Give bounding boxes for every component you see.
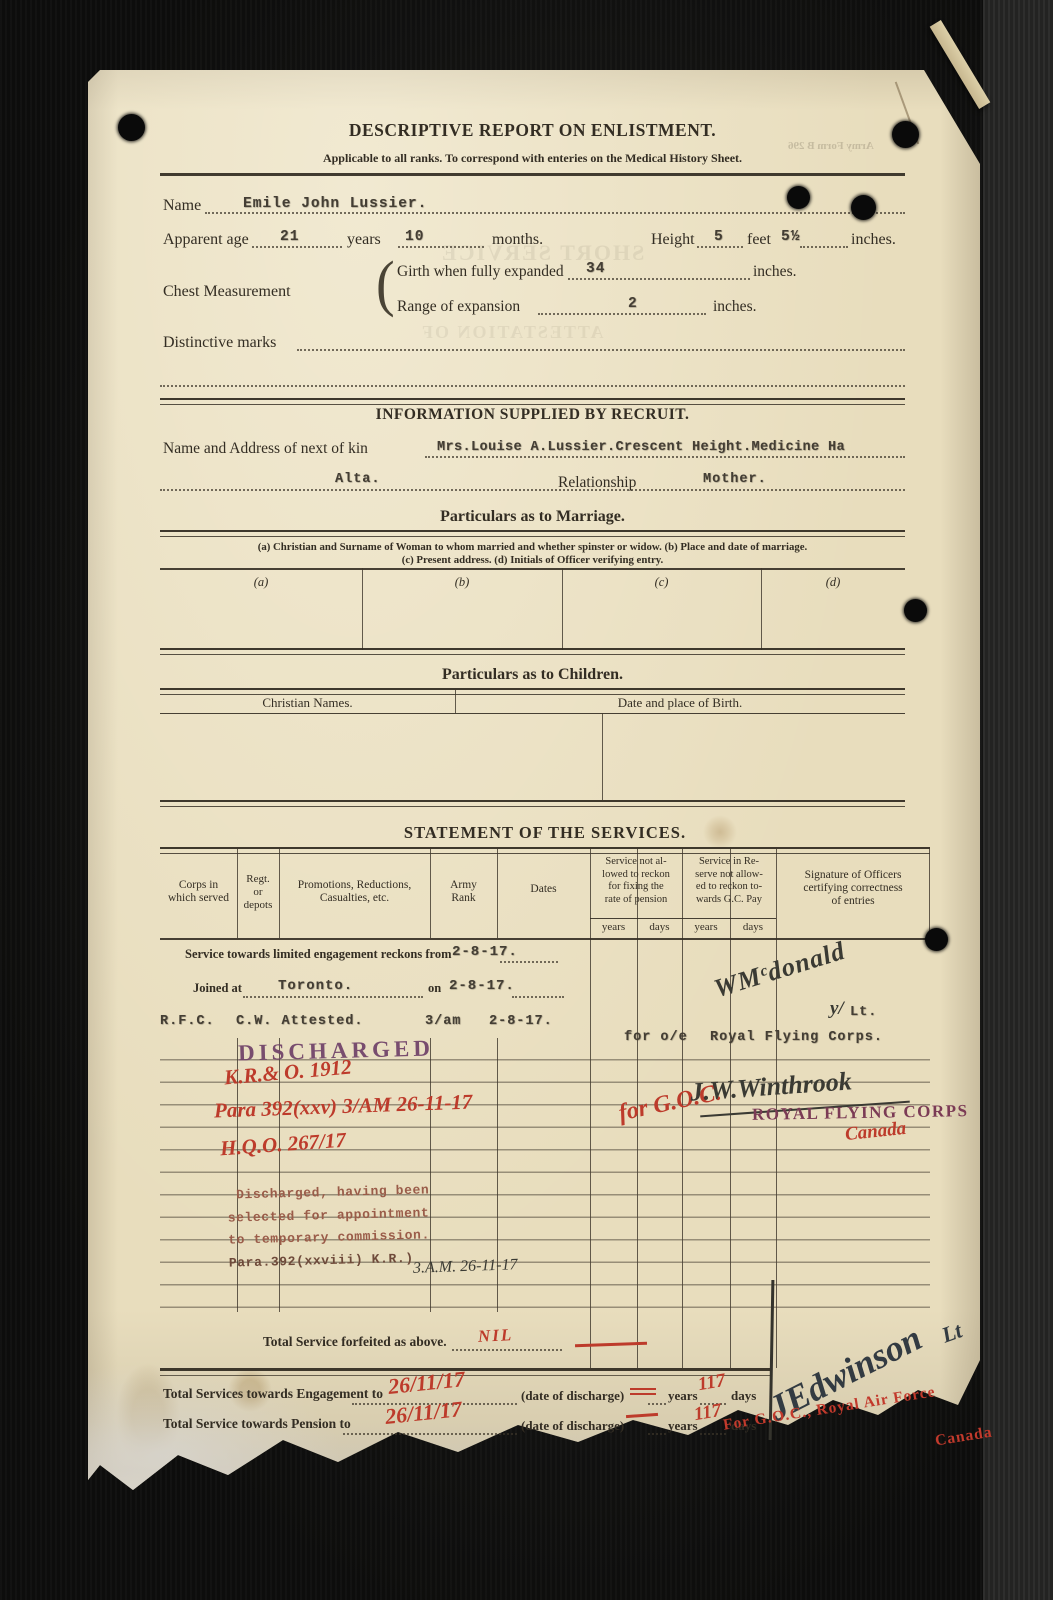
joined-date-value: 2-8-17. [449, 978, 515, 994]
pension-label: Total Service towards Pension to [163, 1416, 351, 1432]
engagement-dots-2 [648, 1403, 666, 1405]
page-title: DESCRIPTIVE REPORT ON ENLISTMENT. [160, 120, 905, 141]
height-label: Height [651, 231, 695, 249]
svc-col-regt: Regt. or depots [237, 873, 279, 912]
age-dots-1 [252, 246, 342, 248]
marriage-rule-top [160, 530, 905, 537]
height-inches-value: 5½ [781, 229, 800, 245]
row-event-value: C.W. Attested. [236, 1014, 363, 1029]
pension-dots-3 [700, 1433, 726, 1435]
discharge-note-block: Discharged, having been selected for app… [227, 1179, 432, 1274]
svc-col-corps-l1: Corps in [160, 879, 237, 892]
punch-hole-2 [892, 121, 919, 148]
engagement-days-value: 117 [696, 1370, 727, 1396]
girth-units: inches. [753, 263, 796, 281]
svc-col-pension-l4: rate of pension [590, 894, 682, 907]
marriage-col-d: (d) [761, 575, 905, 590]
expansion-units: inches. [713, 298, 756, 316]
svc-col-signature-l2: certifying correctness [776, 882, 930, 895]
scanned-document-page: Army Form B 296 SHORT SERVICE ATTESTATIO… [0, 0, 1053, 1600]
pension-dots-2 [648, 1433, 666, 1435]
relationship-value: Mother. [703, 472, 767, 487]
svc-subheader-rule [590, 918, 776, 919]
girth-value: 34 [586, 261, 605, 277]
svc-gc-years-label: years [682, 921, 730, 933]
svc-col-signature-l1: Signature of Officers [776, 869, 930, 882]
children-col-names: Christian Names. [160, 695, 455, 711]
height-dots-1 [697, 246, 743, 248]
expansion-label: Range of expansion [397, 298, 520, 316]
svc-col-pension-l3: for fixing the [590, 881, 682, 894]
next-of-kin-value-2: Alta. [335, 472, 381, 487]
children-heading: Particulars as to Children. [160, 666, 905, 684]
engagement-days-label: days [731, 1388, 756, 1404]
ylt-typed: Lt. [850, 1005, 877, 1020]
punch-hole-5 [904, 599, 927, 622]
marriage-col-a: (a) [160, 575, 362, 590]
svc-col-corps: Corps in which served [160, 879, 237, 905]
services-bottom-rule [160, 1368, 772, 1376]
joined-place-value: Toronto. [278, 978, 353, 994]
name-label: Name [163, 197, 201, 215]
feet-label: feet [747, 231, 771, 249]
engagement-red-dash-2 [630, 1393, 656, 1395]
marriage-rule-mid [160, 568, 905, 570]
girth-dots [568, 278, 750, 280]
joined-on-label: on [428, 981, 441, 996]
name-dotted-line [205, 212, 905, 214]
services-heading: STATEMENT OF THE SERVICES. [160, 823, 930, 843]
marriage-note-2: (c) Present address. (d) Initials of Off… [160, 554, 905, 566]
row-corps-value: R.F.C. [160, 1014, 215, 1029]
forfeited-value: NIL [478, 1325, 514, 1347]
row-date-value: 2-8-17. [489, 1014, 553, 1029]
background-fabric-strip [983, 0, 1053, 1600]
svc-col-gcpay-l2: serve not allow- [682, 869, 776, 882]
svc-header-bottom-rule [160, 938, 930, 940]
svc-col-promotions: Promotions, Reductions, Casualties, etc. [279, 879, 430, 905]
header-rule [160, 173, 905, 176]
svc-col-rank-l1: Army [430, 879, 497, 892]
next-of-kin-value: Mrs.Louise A.Lussier.Crescent Height.Med… [437, 440, 845, 455]
punch-hole-6 [925, 928, 948, 951]
joined-dots-1 [243, 996, 423, 998]
svc-col-dates: Dates [497, 883, 590, 895]
chest-measurement-label: Chest Measurement [163, 283, 291, 301]
forfeited-label: Total Service forfeited as above. [263, 1334, 447, 1350]
rfc-stamp: ROYAL FLYING CORPS [752, 1101, 969, 1125]
marriage-col-b: (b) [362, 575, 562, 590]
svc-col-corps-l2: which served [160, 892, 237, 905]
svc-pension-years-label: years [590, 921, 637, 933]
pension-discharge-label: (date of discharge) [521, 1418, 624, 1434]
marriage-note-1: (a) Christian and Surname of Woman to wh… [160, 541, 905, 553]
marriage-rule-bottom [160, 648, 905, 655]
reckons-dots [500, 961, 558, 963]
svc-pension-days-label: days [637, 921, 682, 933]
engagement-label: Total Services towards Engagement to [163, 1386, 383, 1402]
children-body-divider [602, 713, 603, 800]
rfc-typed: Royal Flying Corps. [710, 1030, 883, 1045]
svc-col-promotions-l1: Promotions, Reductions, [279, 879, 430, 892]
nok-dots [425, 456, 905, 458]
years-label: years [347, 231, 381, 249]
engagement-discharge-label: (date of discharge) [521, 1388, 624, 1404]
recruit-heading: INFORMATION SUPPLIED BY RECRUIT. [160, 406, 905, 424]
ghost-attestation: ATTESTATION OF [420, 322, 604, 343]
inches-label: inches. [851, 231, 896, 249]
forfeited-dots [452, 1349, 562, 1351]
for-oc-typed: for o/e [624, 1030, 688, 1045]
punch-hole-3 [787, 186, 810, 209]
svc-col-gcpay-l1: Service in Re- [682, 856, 776, 869]
children-rule-bottom [160, 800, 905, 807]
age-months-value: 10 [405, 229, 424, 245]
ylt-hand: y/ [830, 998, 844, 1020]
next-of-kin-label: Name and Address of next of kin [163, 440, 368, 458]
reckons-label: Service towards limited engagement recko… [185, 947, 452, 962]
engagement-years-label: years [668, 1388, 698, 1404]
children-col-birth: Date and place of Birth. [455, 695, 905, 711]
age-dots-2 [398, 246, 484, 248]
punch-hole-1 [118, 114, 145, 141]
punch-hole-4 [851, 195, 876, 220]
svc-gc-days-label: days [730, 921, 776, 933]
distinctive-marks-label: Distinctive marks [163, 334, 276, 352]
svc-col-promotions-l2: Casualties, etc. [279, 892, 430, 905]
name-value: Emile John Lussier. [243, 196, 427, 212]
svc-col-pension-l2: lowed to reckon [590, 869, 682, 882]
joined-at-label: Joined at [193, 981, 242, 996]
pension-days-value: 117 [692, 1400, 723, 1426]
marks-dots-2 [160, 385, 905, 387]
expansion-value: 2 [628, 296, 638, 312]
svc-col-rank: Army Rank [430, 879, 497, 905]
row-rank-value: 3/am [425, 1014, 461, 1029]
reckons-value: 2-8-17. [452, 944, 518, 960]
svc-col-gcpay: Service in Re- serve not allow- ed to re… [682, 856, 776, 906]
svc-col-rank-l2: Rank [430, 892, 497, 905]
girth-label: Girth when fully expanded [397, 263, 564, 281]
svc-col-gcpay-l3: ed to reckon to- [682, 881, 776, 894]
marriage-col-c: (c) [562, 575, 761, 590]
height-feet-value: 5 [714, 229, 724, 245]
marks-dots [297, 349, 905, 351]
services-rule-top [160, 847, 930, 854]
marriage-heading: Particulars as to Marriage. [160, 508, 905, 526]
chest-brace: ( [376, 248, 395, 320]
page-subtitle: Applicable to all ranks. To correspond w… [160, 151, 905, 166]
relationship-label: Relationship [558, 474, 636, 492]
recruit-section-rule [160, 398, 905, 405]
pension-dots-1 [343, 1433, 517, 1435]
svc-col-gcpay-l4: wards G.C. Pay [682, 894, 776, 907]
months-label: months. [492, 231, 543, 249]
svc-col-signature-l3: of entries [776, 895, 930, 908]
children-rule-mid [160, 713, 905, 714]
engagement-red-dash-1 [630, 1388, 656, 1390]
note-3am-handwritten: 3.A.M. 26-11-17 [413, 1256, 518, 1278]
svc-col-regt-l3: depots [237, 899, 279, 912]
svc-col-signature: Signature of Officers certifying correct… [776, 869, 930, 908]
age-years-value: 21 [280, 229, 299, 245]
pension-years-label: years [668, 1418, 698, 1434]
height-dots-2 [800, 246, 848, 248]
joined-dots-2 [512, 996, 564, 998]
apparent-age-label: Apparent age [163, 231, 249, 249]
nok-dots-2 [160, 489, 905, 491]
svc-col-regt-l1: Regt. [237, 873, 279, 886]
children-rule-top [160, 688, 905, 695]
svc-col-pension-l1: Service not al- [590, 856, 682, 869]
svc-col-pension: Service not al- lowed to reckon for fixi… [590, 856, 682, 906]
svc-col-regt-l2: or [237, 886, 279, 899]
expansion-dots [538, 313, 706, 315]
